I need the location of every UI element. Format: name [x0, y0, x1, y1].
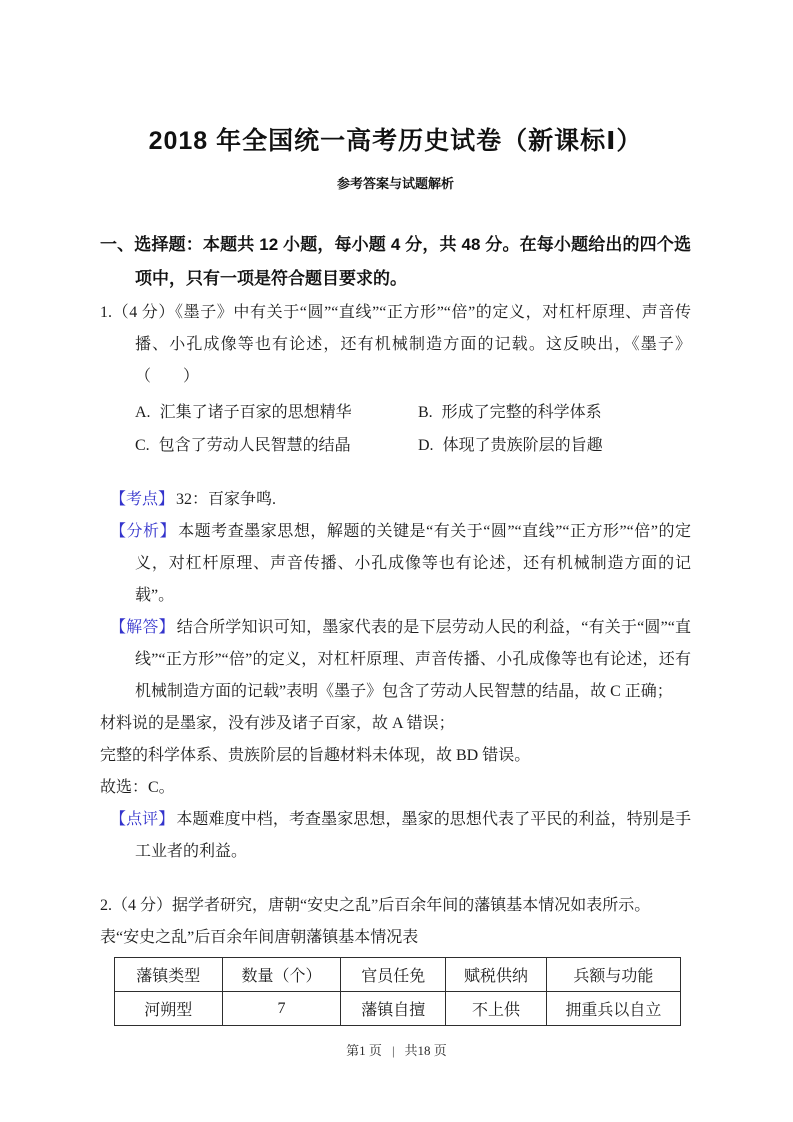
page-subtitle: 参考答案与试题解析: [100, 175, 691, 192]
table-cell: 藩镇自擅: [341, 992, 446, 1026]
option-c-text: 包含了劳动人民智慧的结晶: [159, 437, 351, 454]
answer-block-solution: 【解答】结合所学知识可知，墨家代表的是下层劳动人民的利益，“有关于“圆”“直线”…: [100, 612, 691, 708]
solution-answer-line: 故选：C。: [100, 772, 691, 804]
table-cell: 河朔型: [115, 992, 223, 1026]
solution-extra-line: 完整的科学体系、贵族阶层的旨趣材料未体现，故 BD 错误。: [100, 740, 691, 772]
answer-block-comment: 【点评】本题难度中档，考查墨家思想，墨家的思想代表了平民的利益，特别是手工业者的…: [100, 804, 691, 868]
option-a-label: A.: [135, 404, 151, 421]
table-header-row: 藩镇类型 数量（个） 官员任免 赋税供纳 兵额与功能: [115, 958, 681, 992]
table-header-cell: 兵额与功能: [546, 958, 680, 992]
page-footer: 第1 页|共18 页: [0, 1040, 793, 1059]
question-1-stem: 1.（4 分）《墨子》中有关于“圆”“直线”“正方形”“倍”的定义，对杠杆原理、…: [100, 297, 691, 393]
option-b-text: 形成了完整的科学体系: [442, 404, 602, 421]
table-header-cell: 数量（个）: [222, 958, 341, 992]
option-a-text: 汇集了诸子百家的思想精华: [160, 404, 352, 421]
question-1-options: A.汇集了诸子百家的思想精华 B.形成了完整的科学体系 C.包含了劳动人民智慧的…: [135, 396, 691, 462]
analysis-label: 【分析】: [110, 523, 176, 540]
table-cell: 拥重兵以自立: [546, 992, 680, 1026]
option-b: B.形成了完整的科学体系: [418, 396, 691, 429]
answer-block-exam-point: 【考点】32：百家争鸣.: [100, 484, 691, 516]
table-cell: 不上供: [446, 992, 547, 1026]
exam-point-label: 【考点】: [110, 491, 174, 508]
question-2-table-caption: 表“安史之乱”后百余年间唐朝藩镇基本情况表: [100, 922, 691, 954]
comment-text: 本题难度中档，考查墨家思想，墨家的思想代表了平民的利益，特别是手工业者的利益。: [135, 811, 691, 860]
option-c-label: C.: [135, 437, 150, 454]
option-d-label: D.: [418, 437, 434, 454]
option-d-text: 体现了贵族阶层的旨趣: [443, 437, 603, 454]
answer-block-analysis: 【分析】本题考查墨家思想，解题的关键是“有关于“圆”“直线”“正方形”“倍”的定…: [100, 516, 691, 612]
option-b-label: B.: [418, 404, 433, 421]
solution-text: 结合所学知识可知，墨家代表的是下层劳动人民的利益，“有关于“圆”“直线”“正方形…: [135, 619, 691, 700]
table-row: 河朔型 7 藩镇自擅 不上供 拥重兵以自立: [115, 992, 681, 1026]
page-title: 2018 年全国统一高考历史试卷（新课标Ⅰ）: [100, 124, 691, 158]
solution-extra-line: 材料说的是墨家，没有涉及诸子百家，故 A 错误；: [100, 708, 691, 740]
exam-point-text: 32：百家争鸣.: [176, 491, 276, 508]
table-cell: 7: [222, 992, 341, 1026]
question-2-stem: 2.（4 分）据学者研究，唐朝“安史之乱”后百余年间的藩镇基本情况如表所示。: [100, 890, 691, 922]
footer-page-number: 第1 页: [346, 1043, 382, 1058]
document-page: 2018 年全国统一高考历史试卷（新课标Ⅰ） 参考答案与试题解析 一、选择题：本…: [0, 0, 793, 1122]
table-header-cell: 藩镇类型: [115, 958, 223, 992]
solution-label: 【解答】: [110, 619, 175, 636]
analysis-text: 本题考查墨家思想，解题的关键是“有关于“圆”“直线”“正方形”“倍”的定义，对杠…: [135, 523, 691, 604]
option-d: D.体现了贵族阶层的旨趣: [418, 429, 691, 462]
section-heading: 一、选择题：本题共 12 小题，每小题 4 分，共 48 分。在每小题给出的四个…: [100, 228, 691, 296]
footer-page-total: 共18 页: [405, 1043, 447, 1058]
table-header-cell: 官员任免: [341, 958, 446, 992]
option-a: A.汇集了诸子百家的思想精华: [135, 396, 418, 429]
option-c: C.包含了劳动人民智慧的结晶: [135, 429, 418, 462]
fanzhen-info-table: 藩镇类型 数量（个） 官员任免 赋税供纳 兵额与功能 河朔型 7 藩镇自擅 不上…: [114, 957, 681, 1026]
footer-separator: |: [392, 1043, 395, 1058]
comment-label: 【点评】: [110, 811, 174, 828]
table-header-cell: 赋税供纳: [446, 958, 547, 992]
